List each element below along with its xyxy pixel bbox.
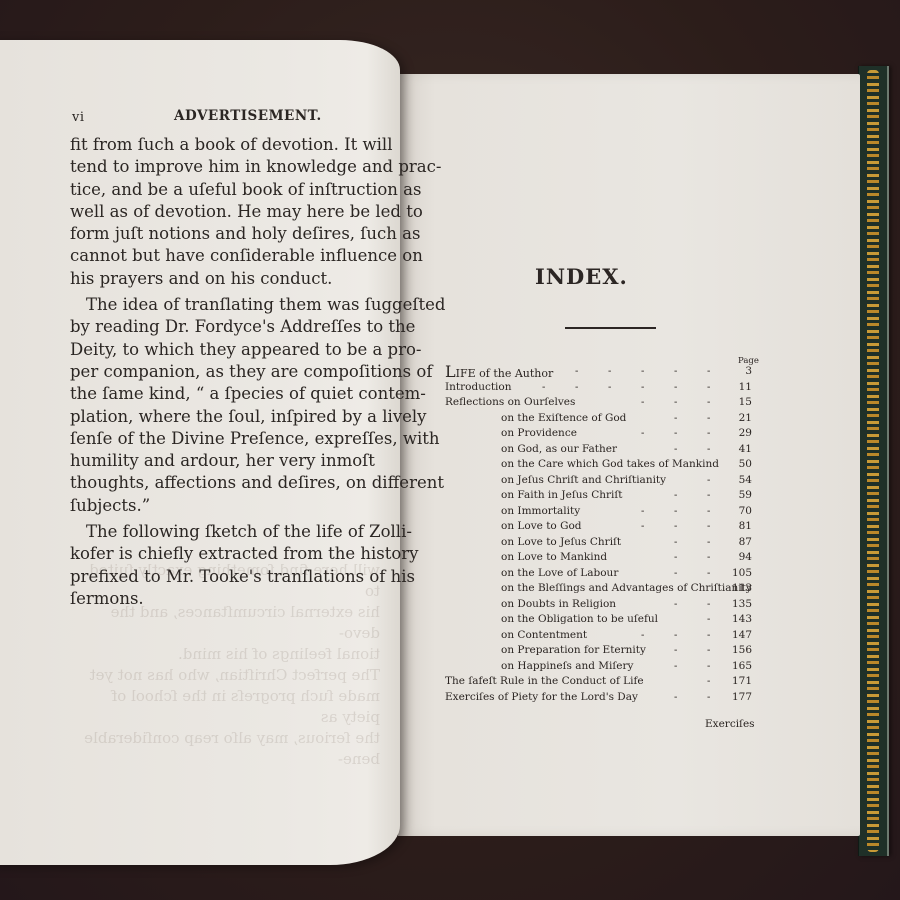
leader-dash: -	[674, 628, 677, 644]
index-entry: Reflections on Ourſelves---15	[445, 395, 755, 411]
leader-dash: -	[674, 411, 677, 427]
leader-dash: -	[641, 628, 644, 644]
index-entry-label: The ſafeſt Rule in the Conduct of Life	[445, 674, 644, 690]
index-entry-page: 59	[739, 488, 752, 504]
title-rule	[565, 327, 656, 329]
index-entry-label: on Immortality	[501, 504, 580, 520]
index-entry: on Providence---29	[445, 426, 755, 442]
leader-dash: -	[641, 426, 644, 442]
index-entry-page: 3	[745, 364, 752, 380]
index-entry-page: 70	[739, 504, 752, 520]
index-entry: on the Bleſſings and Advantages of Chriſ…	[445, 581, 755, 597]
index-entry-page: 54	[739, 473, 752, 489]
index-entry: on Jeſus Chriſt and Chriſtianity-54	[445, 473, 755, 489]
index-entry-label: on Contentment	[501, 628, 587, 644]
index-entry-label: on Love to Mankind	[501, 550, 607, 566]
index-entry: Introduction------11	[445, 380, 755, 396]
leader-dash: -	[674, 519, 677, 535]
gold-tooling-border	[867, 70, 879, 852]
leader-dash: -	[674, 597, 677, 613]
index-entry: on the Love of Labour--105	[445, 566, 755, 582]
leader-dash: -	[707, 364, 710, 380]
leader-dash: -	[674, 566, 677, 582]
leader-dash: -	[674, 659, 677, 675]
index-entry: on Faith in Jeſus Chriſt--59	[445, 488, 755, 504]
leader-dash: -	[674, 380, 677, 396]
index-entry-label: on Doubts in Religion	[501, 597, 616, 613]
index-entry: on Preparation for Eternity--156	[445, 643, 755, 659]
index-entry-page: 50	[739, 457, 752, 473]
index-entry-page: 105	[732, 566, 752, 582]
leader-dash: -	[707, 597, 710, 613]
index-list: LIFE of the Author-----3Introduction----…	[445, 364, 755, 705]
index-entry-page: 29	[739, 426, 752, 442]
leader-dash: -	[707, 535, 710, 551]
index-entry-page: 113	[732, 581, 752, 597]
index-entry-page: 165	[732, 659, 752, 675]
index-entry-label: on Love to God	[501, 519, 582, 535]
leader-dash: -	[674, 643, 677, 659]
index-entry-label: on the Exiſtence of God	[501, 411, 626, 427]
index-entry-page: 171	[732, 674, 752, 690]
leader-dash: -	[608, 364, 611, 380]
index-entry: Exerciſes of Piety for the Lord's Day--1…	[445, 690, 755, 706]
leader-dash: -	[707, 643, 710, 659]
index-entry-label: on Jeſus Chriſt and Chriſtianity	[501, 473, 666, 489]
leader-dash: -	[575, 364, 578, 380]
index-entry-page: 81	[739, 519, 752, 535]
paragraph: The idea of tranſlating them was ſuggeſt…	[70, 294, 392, 517]
index-entry-page: 156	[732, 643, 752, 659]
leader-dash: -	[707, 519, 710, 535]
leader-dash: -	[707, 659, 710, 675]
index-entry: on the Obligation to be uſeful-143	[445, 612, 755, 628]
index-entry-label: on the Obligation to be uſeful	[501, 612, 658, 628]
index-entry-page: 143	[732, 612, 752, 628]
leader-dash: -	[674, 426, 677, 442]
index-entry-label: Reflections on Ourſelves	[445, 395, 575, 411]
index-entry-page: 87	[739, 535, 752, 551]
leader-dash: -	[641, 364, 644, 380]
index-entry-label: on Faith in Jeſus Chriſt	[501, 488, 622, 504]
index-entry-page: 135	[732, 597, 752, 613]
leader-dash: -	[707, 488, 710, 504]
leader-dash: -	[542, 380, 545, 396]
leader-dash: -	[641, 380, 644, 396]
index-entry-page: 11	[739, 380, 752, 396]
leader-dash: -	[707, 628, 710, 644]
leader-dash: -	[641, 504, 644, 520]
catchword: Exerciſes	[705, 718, 755, 730]
leader-dash: -	[707, 411, 710, 427]
index-entry-label: on the Care which God takes of Mankind	[501, 457, 719, 473]
leader-dash: -	[674, 550, 677, 566]
leader-dash: -	[674, 395, 677, 411]
leader-dash: -	[707, 504, 710, 520]
index-entry-label: on the Love of Labour	[501, 566, 618, 582]
index-entry-label: on Love to Jeſus Chriſt	[501, 535, 621, 551]
leader-dash: -	[641, 519, 644, 535]
leader-dash: -	[707, 442, 710, 458]
leader-dash: -	[575, 380, 578, 396]
leader-dash: -	[707, 426, 710, 442]
index-entry-label: on the Bleſſings and Advantages of Chriſ…	[501, 581, 752, 597]
index-entry: LIFE of the Author-----3	[445, 364, 755, 380]
index-entry-page: 15	[739, 395, 752, 411]
book-board-edge	[858, 66, 889, 856]
index-entry-page: 21	[739, 411, 752, 427]
index-entry-label: on Preparation for Eternity	[501, 643, 646, 659]
leader-dash: -	[674, 488, 677, 504]
index-entry-label: on Providence	[501, 426, 577, 442]
leader-dash: -	[608, 380, 611, 396]
index-entry-label: Introduction	[445, 380, 512, 396]
leader-dash: -	[674, 535, 677, 551]
index-entry-label: on Happineſs and Miſery	[501, 659, 633, 675]
index-entry: The ſafeſt Rule in the Conduct of Life-1…	[445, 674, 755, 690]
index-entry: on Doubts in Religion--135	[445, 597, 755, 613]
index-entry: on Immortality---70	[445, 504, 755, 520]
index-entry: on Love to God---81	[445, 519, 755, 535]
index-entry-label: Exerciſes of Piety for the Lord's Day	[445, 690, 638, 706]
leader-dash: -	[707, 380, 710, 396]
index-entry-page: 41	[739, 442, 752, 458]
initial-capital: L	[445, 362, 456, 381]
leader-dash: -	[641, 395, 644, 411]
leader-dash: -	[674, 442, 677, 458]
index-entry-page: 147	[732, 628, 752, 644]
running-head: vi ADVERTISEMENT.	[70, 108, 392, 134]
leader-dash: -	[707, 395, 710, 411]
index-entry: on Happineſs and Miſery--165	[445, 659, 755, 675]
index-entry: on the Exiſtence of God--21	[445, 411, 755, 427]
index-entry: on God, as our Father--41	[445, 442, 755, 458]
index-entry: on Love to Jeſus Chriſt--87	[445, 535, 755, 551]
leader-dash: -	[707, 550, 710, 566]
leader-dash: -	[674, 364, 677, 380]
leader-dash: -	[707, 473, 710, 489]
leader-dash: -	[707, 612, 710, 628]
index-title: INDEX.	[535, 264, 628, 289]
leader-dash: -	[707, 690, 710, 706]
leader-dash: -	[674, 504, 677, 520]
paragraph: The following ſketch of the life of Zoll…	[70, 521, 392, 610]
index-entry: on Contentment---147	[445, 628, 755, 644]
index-entry: on the Care which God takes of Mankind50	[445, 457, 755, 473]
left-page-text: vi ADVERTISEMENT. fit from ſuch a book o…	[70, 108, 392, 610]
index-entry-label: on God, as our Father	[501, 442, 617, 458]
page-folio: vi	[72, 110, 85, 125]
index-entry-page: 94	[739, 550, 752, 566]
index-entry: on Love to Mankind--94	[445, 550, 755, 566]
running-head-title: ADVERTISEMENT.	[174, 108, 322, 124]
leader-dash: -	[707, 674, 710, 690]
leader-dash: -	[707, 566, 710, 582]
leader-dash: -	[674, 690, 677, 706]
index-entry-page: 177	[732, 690, 752, 706]
paragraph: fit from ſuch a book of devotion. It wil…	[70, 134, 392, 290]
